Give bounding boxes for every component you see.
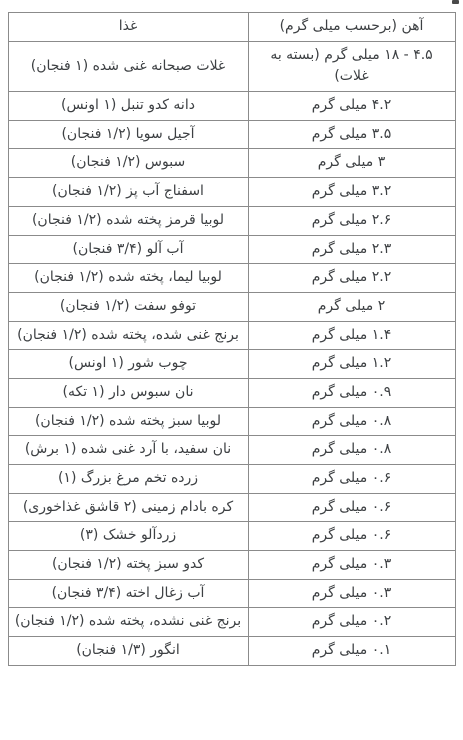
food-cell: دانه کدو تنبل (۱ اونس) [8,92,248,121]
food-cell: زرده تخم مرغ بزرگ (۱) [8,465,248,494]
table-row: ۱.۲ میلی گرم چوب شور (۱ اونس) [8,350,455,379]
food-cell: برنج غنی نشده، پخته شده (۱/۲ فنجان) [8,608,248,637]
table-row: ۰.۸ میلی گرم لوبیا سبز پخته شده (۱/۲ فنج… [8,407,455,436]
food-cell: نان سفید، با آرد غنی شده (۱ برش) [8,436,248,465]
food-cell: انگور (۱/۳ فنجان) [8,637,248,666]
table-row: ۳ میلی گرم سبوس (۱/۲ فنجان) [8,149,455,178]
iron-content-table: آهن (برحسب میلی گرم) غذا ۴.۵ - ۱۸ میلی گ… [8,12,456,666]
iron-cell: ۰.۶ میلی گرم [248,465,455,494]
table-row: ۲.۶ میلی گرم لوبیا قرمز پخته شده (۱/۲ فن… [8,206,455,235]
food-column-header: غذا [8,13,248,42]
iron-cell: ۲.۳ میلی گرم [248,235,455,264]
iron-cell: ۰.۳ میلی گرم [248,551,455,580]
food-cell: اسفناج آب پز (۱/۲ فنجان) [8,178,248,207]
food-cell: چوب شور (۱ اونس) [8,350,248,379]
food-cell: کدو سبز پخته (۱/۲ فنجان) [8,551,248,580]
iron-cell: ۳.۲ میلی گرم [248,178,455,207]
iron-cell: ۰.۲ میلی گرم [248,608,455,637]
table-row: ۰.۲ میلی گرم برنج غنی نشده، پخته شده (۱/… [8,608,455,637]
food-cell: برنج غنی شده، پخته شده (۱/۲ فنجان) [8,321,248,350]
table-row: ۱.۴ میلی گرم برنج غنی شده، پخته شده (۱/۲… [8,321,455,350]
iron-cell: ۱.۲ میلی گرم [248,350,455,379]
food-cell: لوبیا سبز پخته شده (۱/۲ فنجان) [8,407,248,436]
iron-cell: ۲ میلی گرم [248,292,455,321]
iron-cell: ۲.۶ میلی گرم [248,206,455,235]
table-row: ۲.۲ میلی گرم لوبیا لیما، پخته شده (۱/۲ ف… [8,264,455,293]
food-cell: لوبیا لیما، پخته شده (۱/۲ فنجان) [8,264,248,293]
food-cell: توفو سفت (۱/۲ فنجان) [8,292,248,321]
table-row: ۴.۲ میلی گرم دانه کدو تنبل (۱ اونس) [8,92,455,121]
table-row: ۰.۳ میلی گرم کدو سبز پخته (۱/۲ فنجان) [8,551,455,580]
iron-cell: ۳.۵ میلی گرم [248,120,455,149]
food-cell: غلات صبحانه غنی شده (۱ فنجان) [8,41,248,91]
table-header-row: آهن (برحسب میلی گرم) غذا [8,13,455,42]
food-cell: آب زغال اخته (۳/۴ فنجان) [8,579,248,608]
iron-cell: ۳ میلی گرم [248,149,455,178]
table-row: ۲.۳ میلی گرم آب آلو (۳/۴ فنجان) [8,235,455,264]
table-row: ۳.۲ میلی گرم اسفناج آب پز (۱/۲ فنجان) [8,178,455,207]
table-row: ۰.۹ میلی گرم نان سبوس دار (۱ تکه) [8,378,455,407]
table-row: ۰.۶ میلی گرم زردآلو خشک (۳) [8,522,455,551]
iron-cell: ۰.۶ میلی گرم [248,493,455,522]
table-row: ۰.۱ میلی گرم انگور (۱/۳ فنجان) [8,637,455,666]
iron-cell: ۰.۶ میلی گرم [248,522,455,551]
food-cell: کره بادام زمینی (۲ قاشق غذاخوری) [8,493,248,522]
table-row: ۰.۸ میلی گرم نان سفید، با آرد غنی شده (۱… [8,436,455,465]
food-cell: آب آلو (۳/۴ فنجان) [8,235,248,264]
iron-cell: ۴.۲ میلی گرم [248,92,455,121]
iron-cell: ۱.۴ میلی گرم [248,321,455,350]
iron-cell: ۰.۸ میلی گرم [248,436,455,465]
food-cell: نان سبوس دار (۱ تکه) [8,378,248,407]
table-row: ۴.۵ - ۱۸ میلی گرم (بسته به غلات) غلات صب… [8,41,455,91]
iron-column-header: آهن (برحسب میلی گرم) [248,13,455,42]
table-row: ۰.۶ میلی گرم کره بادام زمینی (۲ قاشق غذا… [8,493,455,522]
table-row: ۲ میلی گرم توفو سفت (۱/۲ فنجان) [8,292,455,321]
food-cell: لوبیا قرمز پخته شده (۱/۲ فنجان) [8,206,248,235]
iron-cell: ۰.۱ میلی گرم [248,637,455,666]
food-cell: سبوس (۱/۲ فنجان) [8,149,248,178]
iron-cell: ۰.۳ میلی گرم [248,579,455,608]
food-cell: آجیل سویا (۱/۲ فنجان) [8,120,248,149]
iron-cell: ۰.۸ میلی گرم [248,407,455,436]
table-body: ۴.۵ - ۱۸ میلی گرم (بسته به غلات) غلات صب… [8,41,455,665]
table-row: ۳.۵ میلی گرم آجیل سویا (۱/۲ فنجان) [8,120,455,149]
page: { "colors": { "border": "#8b8b8b", "text… [0,0,463,740]
iron-cell: ۴.۵ - ۱۸ میلی گرم (بسته به غلات) [248,41,455,91]
table-row: ۰.۶ میلی گرم زرده تخم مرغ بزرگ (۱) [8,465,455,494]
iron-cell: ۲.۲ میلی گرم [248,264,455,293]
food-cell: زردآلو خشک (۳) [8,522,248,551]
cropped-text-fragment [452,0,459,4]
iron-cell: ۰.۹ میلی گرم [248,378,455,407]
table-row: ۰.۳ میلی گرم آب زغال اخته (۳/۴ فنجان) [8,579,455,608]
